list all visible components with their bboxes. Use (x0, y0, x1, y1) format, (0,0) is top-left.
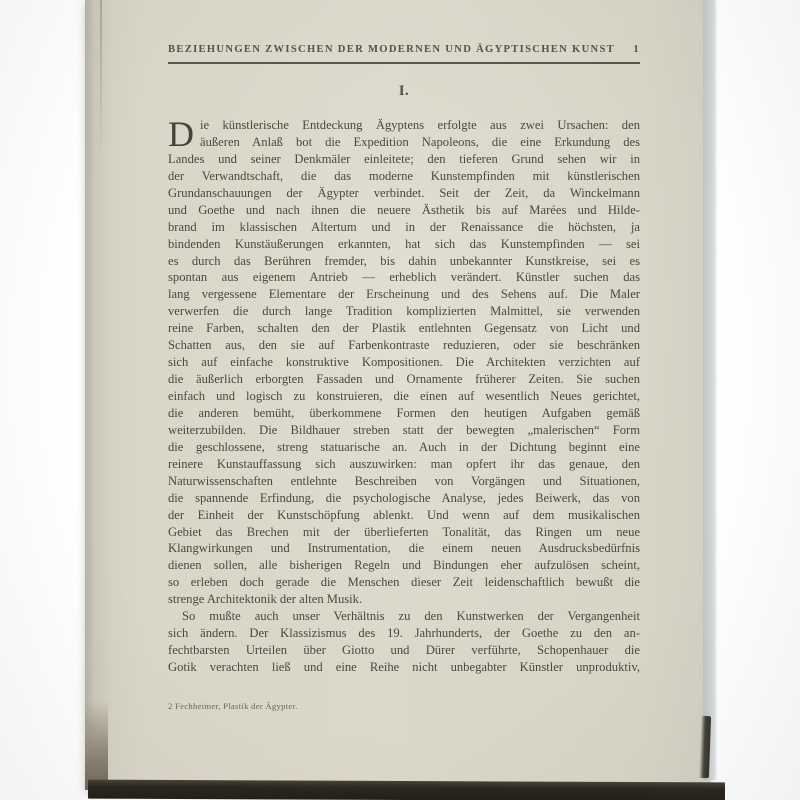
text-line: Naturwissenschaften entlehnte Beschreibe… (168, 473, 640, 490)
text-line: lang vergessene Elementare der Erscheinu… (168, 286, 640, 303)
text-line: und Goethe und nach ihnen die neuere Äst… (168, 202, 640, 219)
drop-cap: D (168, 118, 194, 150)
text-line: Landes und seiner Denkmäler einleitete; … (168, 151, 640, 168)
printed-text-block: BEZIEHUNGEN ZWISCHEN DER MODERNEN UND ÄG… (168, 44, 640, 711)
text-line: sich ändern. Der Klassizismus des 19. Ja… (168, 625, 640, 642)
text-line: strenge Architektonik der alten Musik. (168, 591, 640, 608)
text-line: reinere Kunstauffassung sich auszuwirken… (168, 456, 640, 473)
text-line: verwerfen die durch lange Tradition komp… (168, 303, 640, 320)
paragraph: So mußte auch unser Verhältnis zu den Ku… (168, 608, 640, 676)
chapter-numeral: I. (168, 84, 640, 99)
text-line: dienen sollen, alle bisherigen Regeln un… (168, 557, 640, 574)
photo-backdrop: BEZIEHUNGEN ZWISCHEN DER MODERNEN UND ÄG… (0, 0, 800, 800)
text-line: fechtbarsten Urteilen über Giotto und Dü… (168, 642, 640, 659)
running-header-title: BEZIEHUNGEN ZWISCHEN DER MODERNEN UND ÄG… (168, 44, 615, 55)
text-line: einfach und logisch zu konstruieren, die… (168, 388, 640, 405)
text-line: Gotik verachten ließ und eine Reihe nich… (168, 659, 640, 676)
text-line: die äußerlich erborgten Fassaden und Orn… (168, 371, 640, 388)
body-text: Die künstlerische Entdeckung Ägyptens er… (168, 117, 640, 676)
text-line: So mußte auch unser Verhältnis zu den Ku… (168, 608, 640, 625)
text-line: spontan aus eigenem Antrieb — erheblich … (168, 269, 640, 286)
text-line: so erleben doch gerade die Menschen dies… (168, 574, 640, 591)
text-line: äußeren Anlaß bot die Expedition Napoleo… (168, 134, 640, 151)
paragraph: Die künstlerische Entdeckung Ägyptens er… (168, 117, 640, 608)
text-line: es durch das Berühren fremder, bis dahin… (168, 253, 640, 270)
text-line: die geschlossene, streng statuarische an… (168, 439, 640, 456)
text-line: der Verwandtschaft, die das moderne Kuns… (168, 168, 640, 185)
book-spine-corner (85, 700, 108, 790)
text-line: Grundanschauungen der Ägypter verbindet.… (168, 185, 640, 202)
running-header: BEZIEHUNGEN ZWISCHEN DER MODERNEN UND ÄG… (168, 44, 640, 64)
text-line: Klangwirkungen und Instrumentation, die … (168, 540, 640, 557)
text-line: bindenden Kunstäußerungen erkannten, hat… (168, 236, 640, 253)
page-gutter-crease (100, 0, 102, 160)
text-line: Schatten aus, den sie auf Farbenkontrast… (168, 337, 640, 354)
cover-edge-bottom (88, 780, 725, 800)
text-line: Gebiet das Brechen mit der überlieferten… (168, 524, 640, 541)
page-number: 1 (633, 44, 640, 55)
text-line: brand im klassischen Altertum und in der… (168, 219, 640, 236)
text-line: sich auf einfache konstruktive Kompositi… (168, 354, 640, 371)
text-line: ie künstlerische Entdeckung Ägyptens erf… (168, 117, 640, 134)
text-line: die anderen bemüht, überkommene Formen d… (168, 405, 640, 422)
signature-line: 2 Fechheimer, Plastik der Ägypter. (168, 701, 640, 711)
text-line: reine Farben, schalten den der Plastik e… (168, 320, 640, 337)
text-line: weiterzubilden. Die Bildhauer streben st… (168, 422, 640, 439)
page-fore-edge (703, 0, 717, 780)
text-line: der Einheit der Kunstschöpfung ablenkt. … (168, 507, 640, 524)
text-line: die spannende Erfindung, die psychologis… (168, 490, 640, 507)
